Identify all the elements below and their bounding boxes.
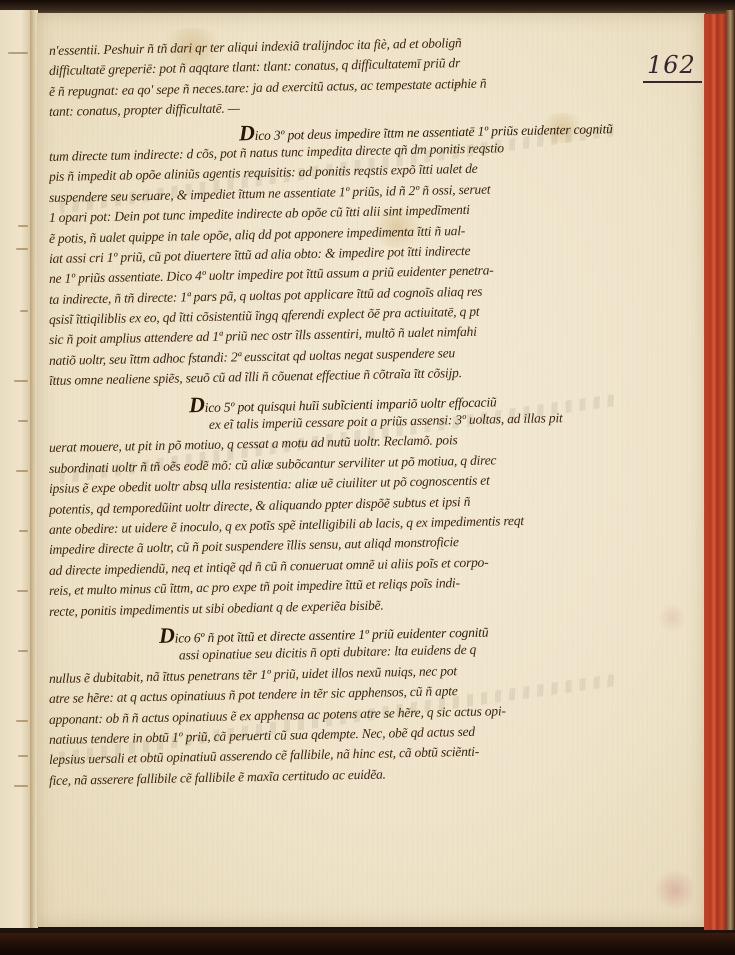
ink-mark	[14, 380, 28, 382]
folio-number: 162	[643, 51, 702, 83]
ink-mark	[16, 720, 28, 722]
ink-mark	[8, 52, 28, 54]
facing-page-edge	[0, 10, 31, 928]
ink-mark	[18, 420, 28, 422]
ink-mark	[19, 530, 28, 532]
book-binding-top	[0, 0, 735, 14]
ink-mark	[18, 650, 28, 652]
book-binding-bottom	[0, 933, 735, 955]
ink-mark	[14, 785, 28, 787]
stain	[657, 603, 687, 633]
ink-mark	[16, 470, 28, 472]
manuscript-page: 162 n'essentii. Peshuir ñ tñ dari qr ter…	[37, 13, 705, 927]
ink-mark	[20, 310, 28, 312]
book-cover-edge	[726, 10, 735, 930]
ink-mark	[16, 248, 28, 250]
red-page-edge	[704, 14, 726, 930]
stain	[655, 868, 695, 912]
ink-mark	[17, 590, 28, 592]
ink-mark	[18, 755, 28, 757]
manuscript-text: n'essentii. Peshuir ñ tñ dari qr ter ali…	[49, 41, 634, 791]
ink-mark	[18, 225, 28, 227]
